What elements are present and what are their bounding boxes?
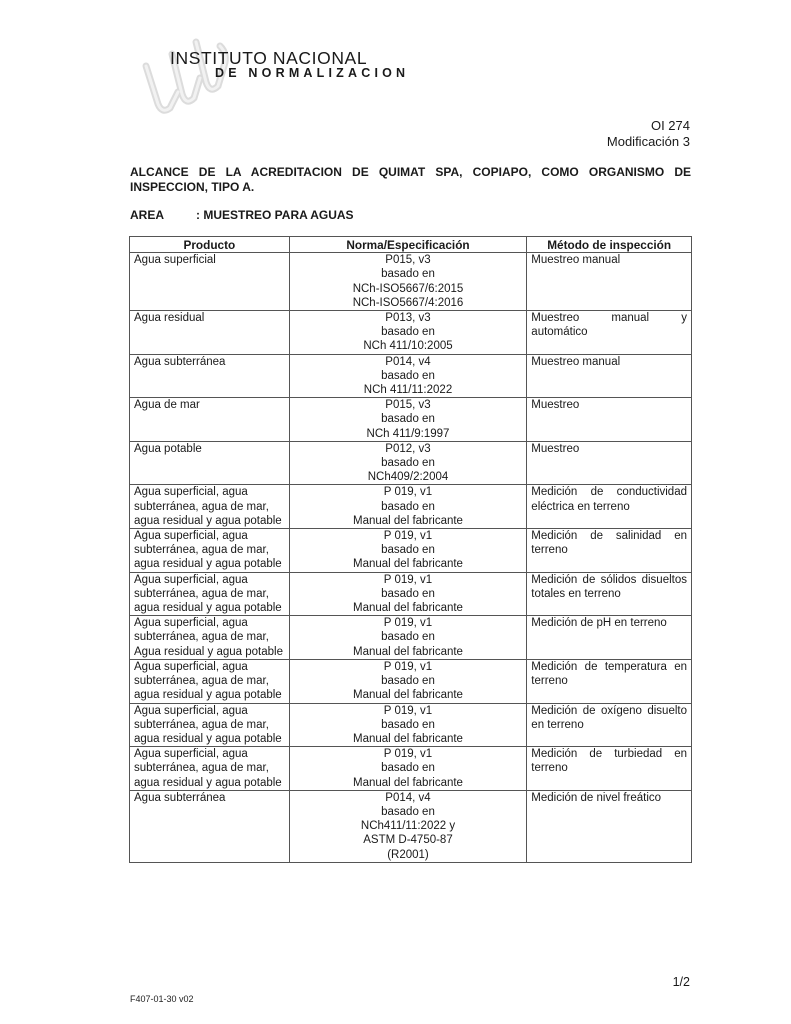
norma-line: basado en: [294, 500, 523, 514]
cell-norma: P014, v4basado enNCh 411/11:2022: [289, 354, 527, 398]
table-body: Agua superficialP015, v3basado enNCh-ISO…: [130, 253, 692, 863]
norma-line: P 019, v1: [294, 660, 523, 674]
cell-producto: Agua superficial, agua subterránea, agua…: [130, 529, 290, 573]
table-row: Agua superficial, agua subterránea, agua…: [130, 747, 692, 791]
norma-line: Manual del fabricante: [294, 514, 523, 528]
norma-line: NCh411/11:2022 y: [294, 819, 523, 833]
cell-norma: P 019, v1basado enManual del fabricante: [289, 703, 527, 747]
table-row: Agua superficial, agua subterránea, agua…: [130, 572, 692, 616]
table-row: Agua de marP015, v3basado enNCh 411/9:19…: [130, 398, 692, 442]
cell-producto: Agua subterránea: [130, 790, 290, 862]
norma-line: Manual del fabricante: [294, 732, 523, 746]
cell-norma: P013, v3basado enNCh 411/10:2005: [289, 311, 527, 355]
table-row: Agua superficialP015, v3basado enNCh-ISO…: [130, 253, 692, 311]
norma-line: NCh 411/9:1997: [294, 427, 523, 441]
norma-line: basado en: [294, 543, 523, 557]
norma-line: Manual del fabricante: [294, 601, 523, 615]
cell-producto: Agua subterránea: [130, 354, 290, 398]
norma-line: Manual del fabricante: [294, 688, 523, 702]
cell-metodo: Muestreo manual: [527, 253, 692, 311]
norma-line: basado en: [294, 325, 523, 339]
norma-line: basado en: [294, 412, 523, 426]
norma-line: P015, v3: [294, 253, 523, 267]
cell-producto: Agua residual: [130, 311, 290, 355]
norma-line: P 019, v1: [294, 704, 523, 718]
cell-metodo: Muestreo: [527, 441, 692, 485]
norma-line: basado en: [294, 369, 523, 383]
cell-norma: P012, v3basado enNCh409/2:2004: [289, 441, 527, 485]
cell-norma: P 019, v1basado enManual del fabricante: [289, 659, 527, 703]
cell-norma: P 019, v1basado enManual del fabricante: [289, 616, 527, 660]
table-row: Agua superficial, agua subterránea, agua…: [130, 485, 692, 529]
cell-norma: P015, v3basado enNCh-ISO5667/6:2015NCh-I…: [289, 253, 527, 311]
norma-line: P 019, v1: [294, 616, 523, 630]
cell-norma: P 019, v1basado enManual del fabricante: [289, 747, 527, 791]
table-row: Agua superficial, agua subterránea, agua…: [130, 703, 692, 747]
cell-metodo: Medición de pH en terreno: [527, 616, 692, 660]
cell-metodo: Muestreo: [527, 398, 692, 442]
table-row: Agua potableP012, v3basado enNCh409/2:20…: [130, 441, 692, 485]
cell-norma: P014, v4basado enNCh411/11:2022 yASTM D-…: [289, 790, 527, 862]
column-header-norma: Norma/Especificación: [289, 237, 527, 253]
cell-producto: Agua superficial, agua subterránea, agua…: [130, 616, 290, 660]
norma-line: basado en: [294, 761, 523, 775]
cell-metodo: Medición de oxígeno disuelto en terreno: [527, 703, 692, 747]
cell-metodo: Medición de conductividad eléctrica en t…: [527, 485, 692, 529]
cell-norma: P 019, v1basado enManual del fabricante: [289, 572, 527, 616]
norma-line: basado en: [294, 718, 523, 732]
cell-metodo: Muestreo manual y automático: [527, 311, 692, 355]
table-row: Agua subterráneaP014, v4basado enNCh 411…: [130, 354, 692, 398]
cell-producto: Agua potable: [130, 441, 290, 485]
norma-line: P014, v4: [294, 791, 523, 805]
cell-norma: P 019, v1basado enManual del fabricante: [289, 529, 527, 573]
table-row: Agua subterráneaP014, v4basado enNCh411/…: [130, 790, 692, 862]
cell-producto: Agua superficial, agua subterránea, agua…: [130, 659, 290, 703]
norma-line: NCh409/2:2004: [294, 470, 523, 484]
cell-producto: Agua superficial, agua subterránea, agua…: [130, 703, 290, 747]
norma-line: P 019, v1: [294, 747, 523, 761]
institution-name-line2: DE NORMALIZACION: [215, 66, 409, 80]
cell-producto: Agua superficial, agua subterránea, agua…: [130, 485, 290, 529]
norma-line: P 019, v1: [294, 485, 523, 499]
norma-line: NCh-ISO5667/4:2016: [294, 296, 523, 310]
area-value: : MUESTREO PARA AGUAS: [196, 208, 354, 222]
document-title: ALCANCE DE LA ACREDITACION DE QUIMAT SPA…: [130, 165, 691, 195]
norma-line: basado en: [294, 674, 523, 688]
cell-metodo: Medición de salinidad en terreno: [527, 529, 692, 573]
norma-line: basado en: [294, 456, 523, 470]
cell-producto: Agua superficial: [130, 253, 290, 311]
cell-metodo: Medición de temperatura en terreno: [527, 659, 692, 703]
norma-line: (R2001): [294, 848, 523, 862]
page-number: 1/2: [673, 975, 690, 989]
cell-metodo: Muestreo manual: [527, 354, 692, 398]
document-reference: OI 274 Modificación 3: [607, 118, 690, 150]
column-header-metodo: Método de inspección: [527, 237, 692, 253]
column-header-producto: Producto: [130, 237, 290, 253]
norma-line: Manual del fabricante: [294, 645, 523, 659]
cell-producto: Agua superficial, agua subterránea, agua…: [130, 747, 290, 791]
cell-producto: Agua superficial, agua subterránea, agua…: [130, 572, 290, 616]
cell-norma: P015, v3basado enNCh 411/9:1997: [289, 398, 527, 442]
table-row: Agua superficial, agua subterránea, agua…: [130, 616, 692, 660]
table-row: Agua residualP013, v3basado enNCh 411/10…: [130, 311, 692, 355]
form-code: F407-01-30 v02: [130, 994, 194, 1004]
norma-line: NCh-ISO5667/6:2015: [294, 282, 523, 296]
table-header-row: Producto Norma/Especificación Método de …: [130, 237, 692, 253]
area-line: AREA: MUESTREO PARA AGUAS: [130, 208, 354, 222]
norma-line: NCh 411/10:2005: [294, 339, 523, 353]
norma-line: basado en: [294, 630, 523, 644]
norma-line: Manual del fabricante: [294, 557, 523, 571]
norma-line: Manual del fabricante: [294, 776, 523, 790]
norma-line: basado en: [294, 267, 523, 281]
table-row: Agua superficial, agua subterránea, agua…: [130, 659, 692, 703]
norma-line: ASTM D-4750-87: [294, 833, 523, 847]
norma-line: NCh 411/11:2022: [294, 383, 523, 397]
norma-line: basado en: [294, 587, 523, 601]
cell-producto: Agua de mar: [130, 398, 290, 442]
norma-line: P015, v3: [294, 398, 523, 412]
norma-line: P 019, v1: [294, 573, 523, 587]
document-code: OI 274: [607, 118, 690, 134]
cell-metodo: Medición de turbiedad en terreno: [527, 747, 692, 791]
norma-line: P014, v4: [294, 355, 523, 369]
modification-label: Modificación 3: [607, 134, 690, 150]
cell-metodo: Medición de sólidos disueltos totales en…: [527, 572, 692, 616]
norma-line: P 019, v1: [294, 529, 523, 543]
area-label: AREA: [130, 208, 196, 222]
cell-metodo: Medición de nivel freático: [527, 790, 692, 862]
cell-norma: P 019, v1basado enManual del fabricante: [289, 485, 527, 529]
accreditation-scope-table: Producto Norma/Especificación Método de …: [129, 236, 692, 863]
norma-line: basado en: [294, 805, 523, 819]
norma-line: P012, v3: [294, 442, 523, 456]
norma-line: P013, v3: [294, 311, 523, 325]
table-row: Agua superficial, agua subterránea, agua…: [130, 529, 692, 573]
